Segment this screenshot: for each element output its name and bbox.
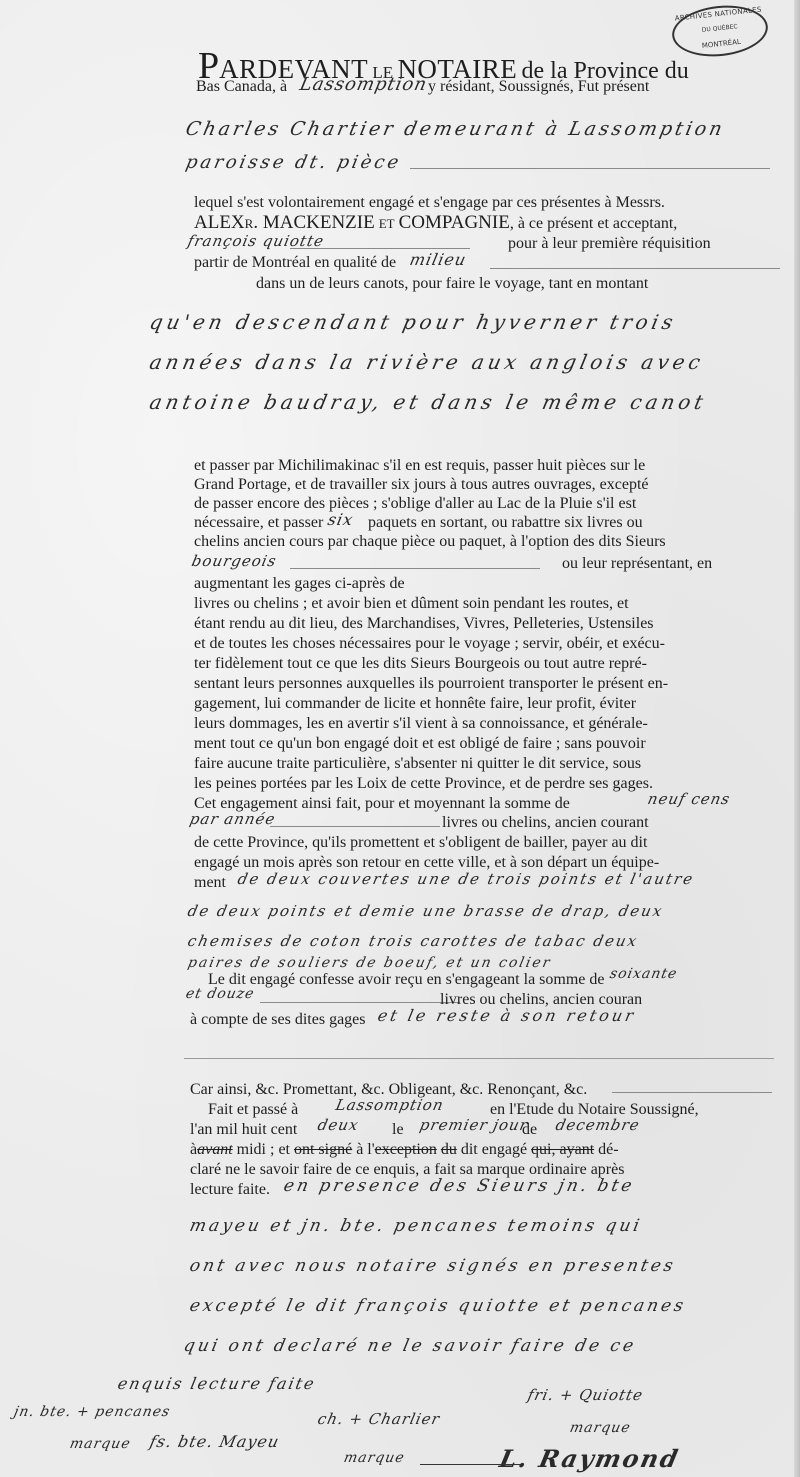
clause2-line: livres ou chelins ; et avoir bien et dûm…: [194, 594, 629, 614]
clause2-line: nécessaire, et passer: [194, 513, 323, 533]
hand-remainder: et le reste à son retour: [376, 1006, 638, 1025]
fill-line: [270, 826, 440, 827]
signature-charlier-mark: marque: [342, 1450, 406, 1466]
clause2-line: ment tout ce qu'un bon engagé doit et es…: [194, 734, 646, 754]
hand-engage-name: Charles Chartier demeurant à Lassomption: [184, 118, 727, 140]
clause2-line: ou leur représentant, en: [562, 554, 712, 574]
hand-month: decembre: [554, 1116, 641, 1134]
company-name-a: ALEX: [194, 212, 245, 233]
signature-pencanes-mark: marque: [68, 1436, 132, 1452]
clause2-line: étant rendu au dit lieu, des Marchandise…: [194, 614, 654, 634]
hand-closing-line2: mayeu et jn. bte. pencanes temoins qui: [188, 1216, 644, 1236]
hand-advance-amount1: soixante: [608, 966, 679, 982]
clause2-line: gagement, lui commander de licite et hon…: [194, 694, 636, 714]
clause1-line5: dans un de leurs canots, pour faire le v…: [256, 274, 648, 294]
hand-voyage-line3: antoine baudray, et dans le même canot: [147, 390, 709, 414]
clause2-line: de cette Province, qu'ils promettent et …: [194, 833, 647, 853]
closing-line4-c: à l': [356, 1141, 374, 1158]
hand-equipment-line3: chemises de coton trois carottes de taba…: [186, 932, 640, 950]
clause1-line1: lequel s'est volontairement engagé et s'…: [194, 193, 665, 213]
clause2-line: et de toutes les choses nécessaires pour…: [194, 634, 665, 654]
closing-line4-e: dé-: [598, 1141, 618, 1158]
hand-advance-amount2: et douze: [184, 986, 256, 1002]
hand-closing-line6: enquis lecture faite: [116, 1374, 318, 1393]
clause2-line: et passer par Michilimakinac s'il en est…: [194, 456, 645, 476]
hand-day: premier jour: [418, 1116, 530, 1134]
company-end: , à ce présent et acceptant,: [510, 215, 677, 232]
hand-closing-place: Lassomption: [334, 1096, 446, 1114]
clause2-line: ter fidèlement tout ce que les dits Sieu…: [194, 654, 647, 674]
hand-closing-line1: en presence des Sieurs jn. bte: [282, 1176, 637, 1196]
clause3-line1: Le dit engagé confesse avoir reçu en s'e…: [208, 970, 605, 990]
hand-engage-parish: paroisse dt. pièce: [184, 152, 404, 173]
hand-closing-line3: ont avec nous notaire signés en presente…: [188, 1256, 678, 1276]
hand-voyage-line2: années dans la rivière aux anglois avec: [147, 350, 706, 374]
notary-signature: L. Raymond: [497, 1444, 682, 1473]
hand-equipment-line4: paires de souliers de boeuf, et un colie…: [186, 955, 553, 971]
struck-exception: exception: [375, 1141, 437, 1158]
closing-line3b: le: [392, 1120, 404, 1140]
closing-line3a: l'an mil huit cent: [190, 1120, 297, 1140]
fill-line: [290, 568, 540, 569]
header-line2: Bas Canada, à: [196, 77, 287, 97]
hand-somme-line1: neuf cens: [646, 790, 732, 808]
company-name-c: COMPAGNIE: [399, 212, 510, 233]
signature-mayeu: fs. bte. Mayeu: [148, 1432, 281, 1451]
hand-voyage-line1: qu'en descendant pour hyverner trois: [147, 310, 679, 334]
clause2-line: leurs dommages, les en avertir s'il vien…: [194, 714, 648, 734]
hand-closing-line5: qui ont declaré ne le savoir faire de ce: [182, 1336, 638, 1356]
clause1-company: ALEXR. MACKENZIE ET COMPAGNIE, à ce prés…: [194, 213, 677, 234]
hand-bourgeois: bourgeois: [190, 552, 278, 570]
signature-pencanes: jn. bte. + pencanes: [12, 1404, 172, 1420]
section-divider: [184, 1058, 774, 1059]
clause2-line: faire aucune traite particulière, s'abse…: [194, 754, 641, 774]
clause2-line: livres ou chelins, ancien courant: [442, 813, 649, 833]
document-page: ARCHIVES NATIONALES DU QUÉBEC MONTRÉAL P…: [0, 0, 800, 1477]
closing-line6: lecture faite.: [190, 1180, 270, 1200]
fill-line: [490, 268, 780, 269]
closing-line4-b: midi ; et: [237, 1141, 290, 1158]
clause2-line: les peines portées par les Loix de cette…: [194, 774, 653, 794]
fill-line: [612, 1092, 772, 1093]
closing-line3c: de: [522, 1120, 537, 1140]
fill-line: [290, 248, 470, 249]
clause3-line3: à compte de ses dites gages: [190, 1010, 366, 1030]
hand-equipment-line1: de deux couvertes une de trois points et…: [236, 870, 696, 888]
signature-flourish: [420, 1464, 520, 1465]
clause1-line3: pour à leur première réquisition: [508, 234, 711, 254]
closing-line4: àavant midi ; et ont signé à l'exception…: [190, 1140, 619, 1160]
struck-ont-signe: ont signé: [294, 1141, 352, 1158]
clause2-line: chelins ancien cours par chaque pièce ou…: [194, 532, 666, 552]
fill-line: [260, 1002, 460, 1003]
hand-paquets-count: six: [326, 510, 355, 529]
hand-place: Lassomption: [298, 74, 429, 95]
stamp-line2: DU QUÉBEC: [674, 20, 766, 37]
signature-quiotte: fri. + Quiotte: [526, 1386, 645, 1404]
struck-qui-ayant: qui, ayant: [531, 1141, 594, 1158]
closing-line2a: Fait et passé à: [208, 1100, 298, 1120]
fill-line: [410, 168, 770, 169]
hand-qualite: milieu: [408, 250, 468, 269]
clause2-line: paquets en sortant, ou rabattre six livr…: [368, 513, 643, 533]
hand-somme-line2: par année: [188, 810, 277, 828]
hand-closing-line4: excepté le dit françois quiotte et penca…: [188, 1296, 688, 1316]
hand-year: deux: [316, 1116, 360, 1134]
clause2-line: Grand Portage, et de travailler six jour…: [194, 475, 649, 495]
company-et: ET: [379, 216, 395, 231]
clause2-line: sentant leurs personnes auxquelles ils p…: [194, 674, 668, 694]
header-line2-end: y résidant, Soussignés, Fut présent: [428, 77, 649, 97]
header-line2-start: Bas Canada, à: [196, 78, 287, 95]
clause2-line: ment: [194, 873, 226, 893]
clause2-line: augmentant les gages ci-après de: [194, 574, 405, 594]
page-edge: [794, 0, 800, 1477]
stamp-line1: ARCHIVES NATIONALES: [672, 5, 764, 23]
stamp-line3: MONTRÉAL: [675, 35, 767, 53]
struck-avant: avant: [197, 1141, 233, 1158]
closing-line4-d: dit engagé: [461, 1141, 527, 1158]
struck-du: du: [441, 1141, 457, 1158]
signature-quiotte-mark: marque: [568, 1420, 632, 1436]
company-name-b: . MACKENZIE: [253, 212, 374, 233]
clause1-line4: partir de Montréal en qualité de: [194, 253, 396, 273]
clause2-line: de passer encore des pièces ; s'oblige d…: [194, 494, 636, 514]
hand-equipment-line2: de deux points et demie une brasse de dr…: [186, 902, 665, 920]
signature-charlier: ch. + Charlier: [316, 1410, 442, 1428]
